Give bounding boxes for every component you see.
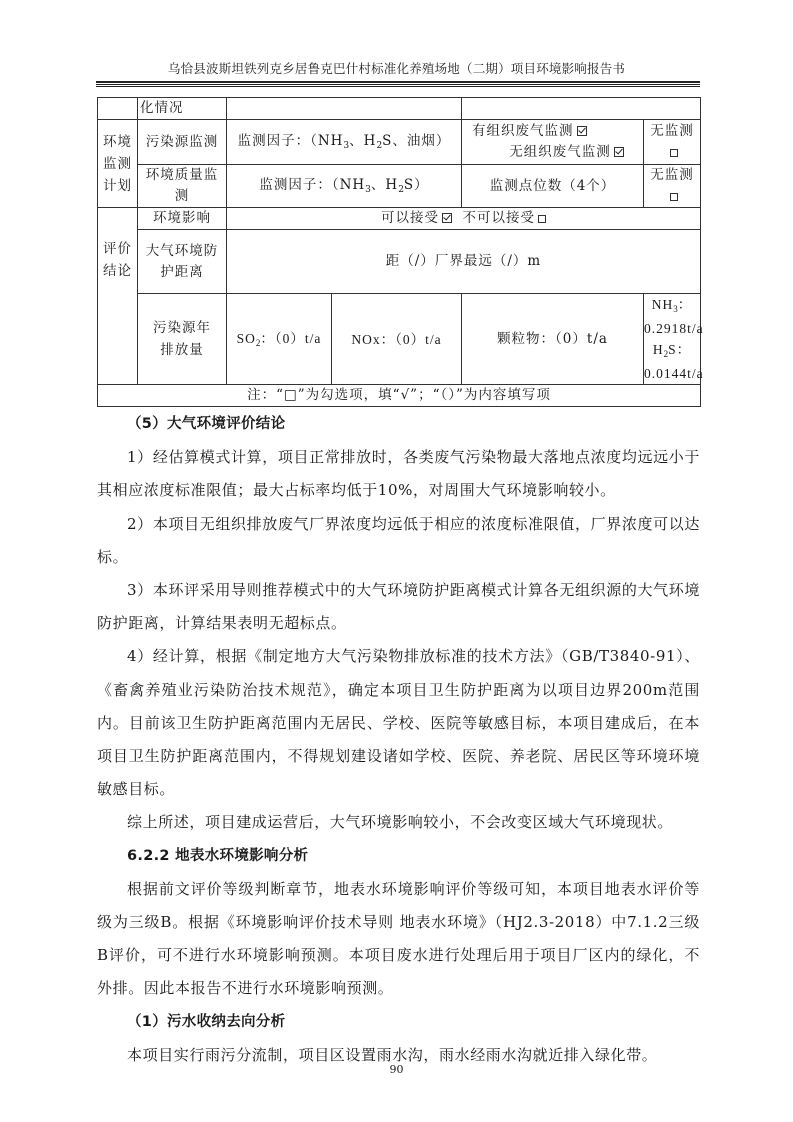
monitoring-plan-group-label: 环境监测计划 [98,120,138,208]
section-heading: （5）大气环境评价结论 [97,408,700,441]
report-header-title: 乌恰县波斯坦铁列克乡居鲁克巴什村标准化养殖场地（二期）项目环境影响报告书 [0,59,793,77]
particulate-emission: 颗粒物：（0）t/a [462,294,644,385]
so2-emission: SO2：（0）t/a [227,294,332,385]
no-monitoring-option: 无监测 [644,120,701,165]
protection-distance-value: 距（/）厂界最远（/）m [227,230,701,294]
table-cell-empty [462,98,701,120]
paragraph: 综上所述，项目建成运营后，大气环境影响较小，不会改变区域大气环境现状。 [97,806,700,839]
source-monitoring-factors: 监测因子：（NH3、H2S、油烟） [227,120,462,165]
protection-distance-label: 大气环境防护距离 [138,230,227,294]
no-monitoring-option: 无监测 [644,165,701,208]
waste-gas-monitoring-options: 有组织废气监测 无组织废气监测 [462,120,644,165]
checkbox-unchecked-icon[interactable] [670,149,678,157]
section-heading: （1）污水收纳去向分析 [97,1006,700,1039]
evaluation-conclusion-group-label: 评价结论 [98,208,138,385]
paragraph: 3）本环评采用导则推荐模式中的大气环境防护距离模式计算各无组织源的大气环境防护距… [97,574,700,640]
environment-evaluation-table: 化情况 环境监测计划 污染源监测 监测因子：（NH3、H2S、油烟） 有组织废气… [97,97,701,407]
quality-monitoring-factors: 监测因子：（NH3、H2S） [227,165,462,208]
environmental-impact-label: 环境影响 [138,208,227,230]
section-heading: 6.2.2 地表水环境影响分析 [97,840,700,873]
annual-emission-label: 污染源年排放量 [138,294,227,385]
table-row: 环境质量监测 监测因子：（NH3、H2S） 监测点位数（4个） 无监测 [98,165,701,208]
quality-monitoring-label: 环境质量监测 [138,165,227,208]
table-cell-label: 化情况 [138,98,227,120]
nox-emission: NOx：（0）t/a [332,294,462,385]
table-row: 大气环境防护距离 距（/）厂界最远（/）m [98,230,701,294]
paragraph: 2）本项目无组织排放废气厂界浓度均远低于相应的浓度标准限值，厂界浓度可以达标。 [97,508,700,574]
table-row: 注：“□”为勾选项，填“√”；“（）”为内容填写项 [98,385,701,407]
paragraph: 4）经计算，根据《制定地方大气污染物排放标准的技术方法》（GB/T3840-91… [97,640,700,806]
organized-waste-gas-option: 有组织废气监测 [464,121,641,142]
table-row: 化情况 [98,98,701,120]
document-body: （5）大气环境评价结论 1）经估算模式计算，项目正常排放时，各类废气污染物最大落… [97,408,700,1072]
source-monitoring-label: 污染源监测 [138,120,227,165]
paragraph: 1）经估算模式计算，项目正常排放时，各类废气污染物最大落地点浓度均远远小于其相应… [97,441,700,507]
environmental-impact-options: 可以接受 不可以接受 [227,208,701,230]
nh3-h2s-emission: NH3： 0.2918t/a H2S： 0.0144t/a [644,294,701,385]
table-row: 环境监测计划 污染源监测 监测因子：（NH3、H2S、油烟） 有组织废气监测 无… [98,120,701,165]
checkbox-unchecked-icon[interactable] [538,215,546,223]
checkbox-checked-icon[interactable] [442,213,452,223]
page-number: 90 [0,1063,793,1076]
table-cell-empty [227,98,462,120]
table-row: 污染源年排放量 SO2：（0）t/a NOx：（0）t/a 颗粒物：（0）t/a… [98,294,701,385]
checkbox-checked-icon[interactable] [577,126,587,136]
checkbox-checked-icon[interactable] [614,147,624,157]
unorganized-waste-gas-option: 无组织废气监测 [464,142,641,163]
checkbox-unchecked-icon[interactable] [670,193,678,201]
header-double-rule [96,81,700,87]
table-cell-empty [98,98,138,120]
paragraph: 根据前文评价等级判断章节，地表水环境影响评价等级可知，本项目地表水评价等级为三级… [97,873,700,1006]
table-note: 注：“□”为勾选项，填“√”；“（）”为内容填写项 [98,385,701,407]
monitoring-point-count: 监测点位数（4个） [462,165,644,208]
table-row: 评价结论 环境影响 可以接受 不可以接受 [98,208,701,230]
